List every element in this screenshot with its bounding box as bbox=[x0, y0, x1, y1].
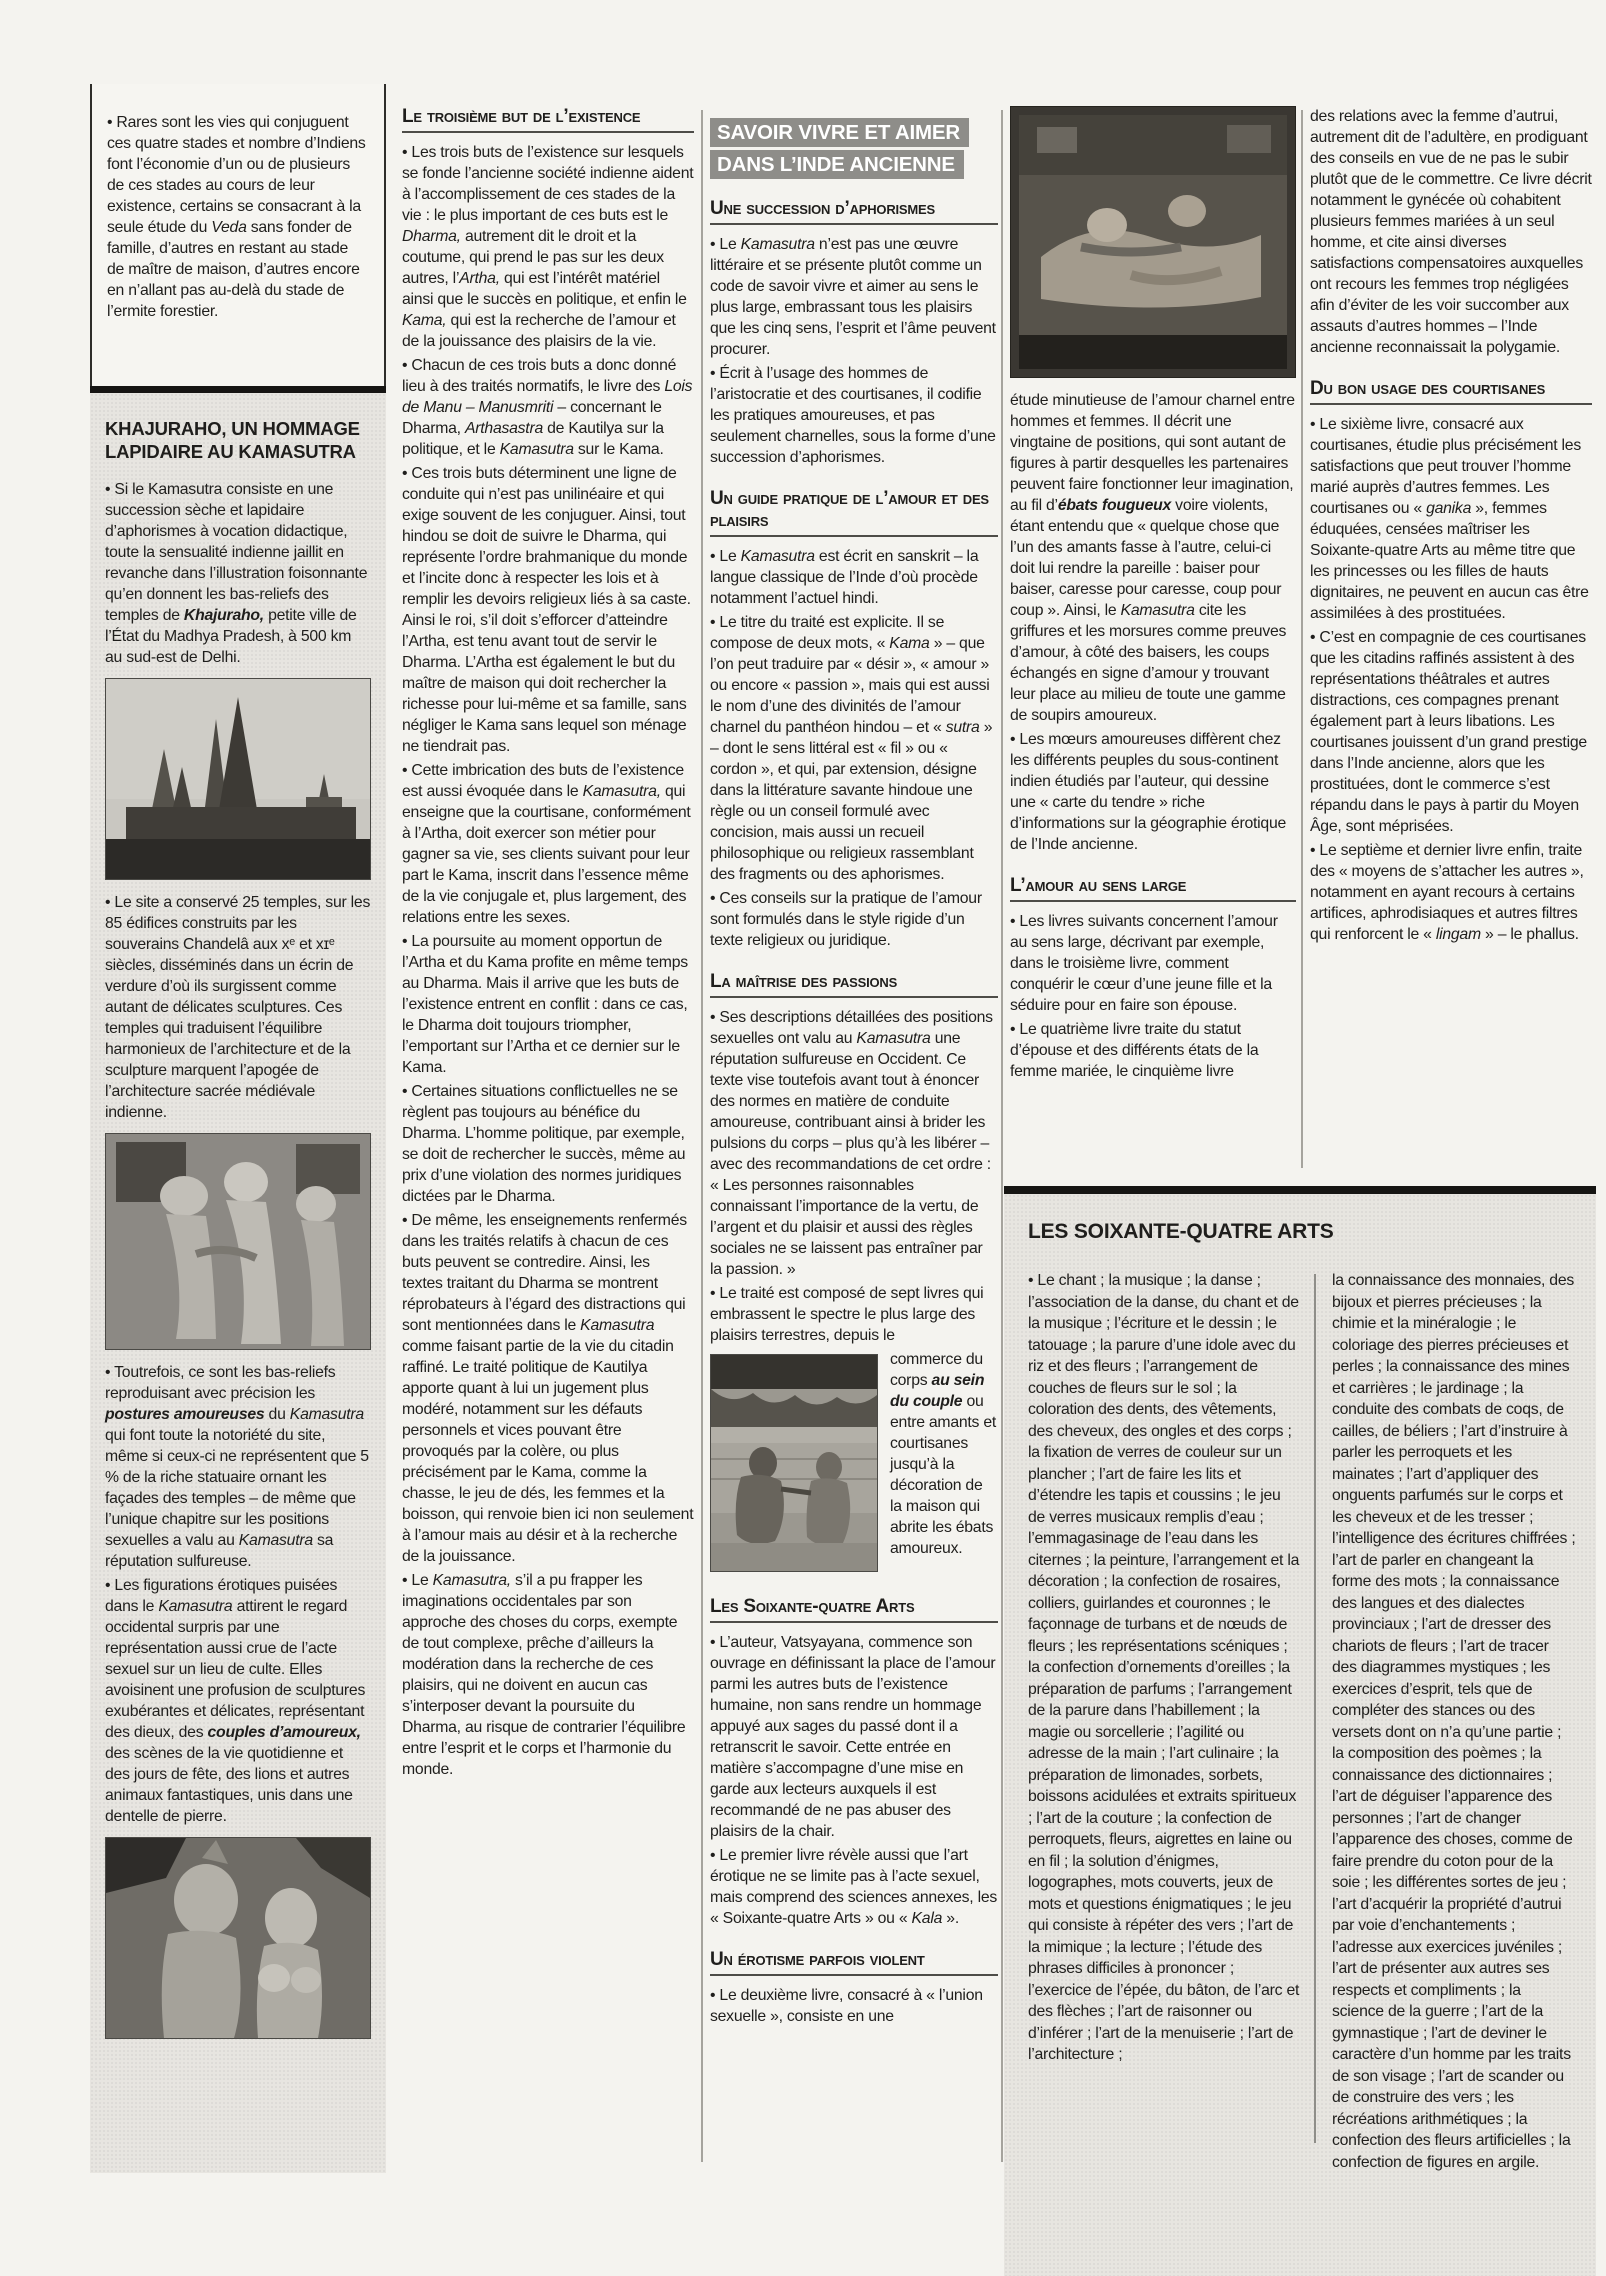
bas-relief-sculptures-photo bbox=[105, 1133, 371, 1350]
col2-paragraph: • Le Kamasutra, s’il a pu frapper les im… bbox=[402, 1570, 694, 1780]
column-2: Le troisième but de l’existence • Les tr… bbox=[402, 106, 694, 1783]
heading-troisieme-but: Le troisième but de l’existence bbox=[402, 106, 694, 133]
col3-paragraph: • Le premier livre révèle aussi que l’ar… bbox=[710, 1845, 998, 1929]
khajuraho-panel: KHAJURAHO, UN HOMMAGE LAPIDAIRE AU KAMAS… bbox=[90, 386, 386, 2173]
col3-wrap-block: commerce du corps au sein du couple ou e… bbox=[710, 1349, 998, 1559]
col5-paragraph: • Le septième et dernier livre enfin, tr… bbox=[1310, 840, 1592, 945]
col2-paragraph: • Les trois buts de l’existence sur lesq… bbox=[402, 142, 694, 352]
heading-soixante-quatre-arts-col3: Les Soixante-quatre Arts bbox=[710, 1596, 998, 1623]
heading-succession-aphorismes: Une succession d’aphorismes bbox=[710, 198, 998, 225]
column-3: SAVOIR VIVRE ET AIMER DANS L’INDE ANCIEN… bbox=[710, 118, 998, 2030]
col3-paragraph: • Le deuxième livre, consacré à « l’unio… bbox=[710, 1985, 998, 2027]
heading-bon-usage-courtisanes: Du bon usage des courtisanes bbox=[1310, 378, 1592, 405]
col2-paragraph: • De même, les enseignements renfermés d… bbox=[402, 1210, 694, 1567]
col3-paragraph: • Le traité est composé de sept livres q… bbox=[710, 1283, 998, 1346]
col3-paragraph: • Ses descriptions détaillées des positi… bbox=[710, 1007, 998, 1280]
col2-paragraph: • Chacun de ces trois buts a donc donné … bbox=[402, 355, 694, 460]
col4-paragraph: • Les mœurs amoureuses diffèrent chez le… bbox=[1010, 729, 1296, 855]
intro-paragraph: • Rares sont les vies qui conjuguent ces… bbox=[107, 112, 369, 322]
heading-amour-sens-large: L’amour au sens large bbox=[1010, 875, 1296, 902]
col5-paragraph: • C’est en compagnie de ces courtisanes … bbox=[1310, 627, 1592, 837]
col3-paragraph: • Ces conseils sur la pratique de l’amou… bbox=[710, 888, 998, 951]
khajuraho-paragraph-4: • Les figurations érotiques puisées dans… bbox=[105, 1575, 371, 1827]
miniature-painting-couple bbox=[710, 1354, 878, 1572]
col3-paragraph: • Le Kamasutra n’est pas une œuvre litté… bbox=[710, 234, 998, 360]
col2-paragraph: • La poursuite au moment opportun de l’A… bbox=[402, 931, 694, 1078]
column-rule-3-4 bbox=[1001, 110, 1003, 2162]
col5-paragraph: • Le sixième livre, consacré aux courtis… bbox=[1310, 414, 1592, 624]
magazine-page: • Rares sont les vies qui conjuguent ces… bbox=[0, 0, 1606, 2276]
erotic-miniature-painting bbox=[1010, 106, 1296, 378]
khajuraho-temples-photo bbox=[105, 678, 371, 880]
col2-paragraph: • Cette imbrication des buts de l’existe… bbox=[402, 760, 694, 928]
khajuraho-panel-title: KHAJURAHO, UN HOMMAGE LAPIDAIRE AU KAMAS… bbox=[105, 417, 371, 463]
arts-column-divider bbox=[1314, 1274, 1316, 2143]
couple-sculpture-photo bbox=[105, 1837, 371, 2039]
page-title-line-1: SAVOIR VIVRE ET AIMER bbox=[710, 118, 969, 147]
col3-paragraph: • Le Kamasutra est écrit en sanskrit – l… bbox=[710, 546, 998, 609]
page-title: SAVOIR VIVRE ET AIMER DANS L’INDE ANCIEN… bbox=[710, 118, 998, 182]
arts-list-right: la connaissance des monnaies, des bijoux… bbox=[1332, 1270, 1576, 2173]
col4-paragraph: étude minutieuse de l’amour charnel entr… bbox=[1010, 390, 1296, 726]
col5-paragraph: des relations avec la femme d’autrui, au… bbox=[1310, 106, 1592, 358]
intro-box: • Rares sont les vies qui conjuguent ces… bbox=[90, 84, 386, 386]
column-rule-2-3 bbox=[701, 110, 703, 2162]
khajuraho-paragraph-3: • Toutrefois, ce sont les bas-reliefs re… bbox=[105, 1362, 371, 1572]
col4-paragraph: • Le quatrième livre traite du statut d’… bbox=[1010, 1019, 1296, 1082]
column-1: • Rares sont les vies qui conjuguent ces… bbox=[90, 84, 386, 2173]
col3-paragraph: • Écrit à l’usage des hommes de l’aristo… bbox=[710, 363, 998, 468]
page-title-line-2: DANS L’INDE ANCIENNE bbox=[710, 150, 964, 179]
col2-paragraph: • Ces trois buts déterminent une ligne d… bbox=[402, 463, 694, 757]
khajuraho-paragraph-2: • Le site a conservé 25 temples, sur les… bbox=[105, 892, 371, 1123]
column-5: des relations avec la femme d’autrui, au… bbox=[1310, 106, 1592, 948]
soixante-quatre-arts-title: LES SOIXANTE-QUATRE ARTS bbox=[1028, 1220, 1576, 1244]
soixante-quatre-arts-panel: LES SOIXANTE-QUATRE ARTS • Le chant ; la… bbox=[1004, 1186, 1596, 2276]
col3-paragraph: • Le titre du traité est explicite. Il s… bbox=[710, 612, 998, 885]
heading-maitrise-passions: La maîtrise des passions bbox=[710, 971, 998, 998]
heading-erotisme-violent: Un érotisme parfois violent bbox=[710, 1949, 998, 1976]
col3-paragraph: • L’auteur, Vatsyayana, commence son ouv… bbox=[710, 1632, 998, 1842]
arts-columns: • Le chant ; la musique ; la danse ; l’a… bbox=[1028, 1270, 1576, 2173]
heading-guide-pratique: Un guide pratique de l’amour et des plai… bbox=[710, 488, 998, 537]
column-4: étude minutieuse de l’amour charnel entr… bbox=[1010, 106, 1296, 1085]
khajuraho-paragraph-1: • Si le Kamasutra consiste en une succes… bbox=[105, 479, 371, 668]
col4-paragraph: • Les livres suivants concernent l’amour… bbox=[1010, 911, 1296, 1016]
column-rule-4-5 bbox=[1301, 110, 1303, 1168]
arts-list-left: • Le chant ; la musique ; la danse ; l’a… bbox=[1028, 1270, 1300, 2173]
col2-paragraph: • Certaines situations conflictuelles ne… bbox=[402, 1081, 694, 1207]
